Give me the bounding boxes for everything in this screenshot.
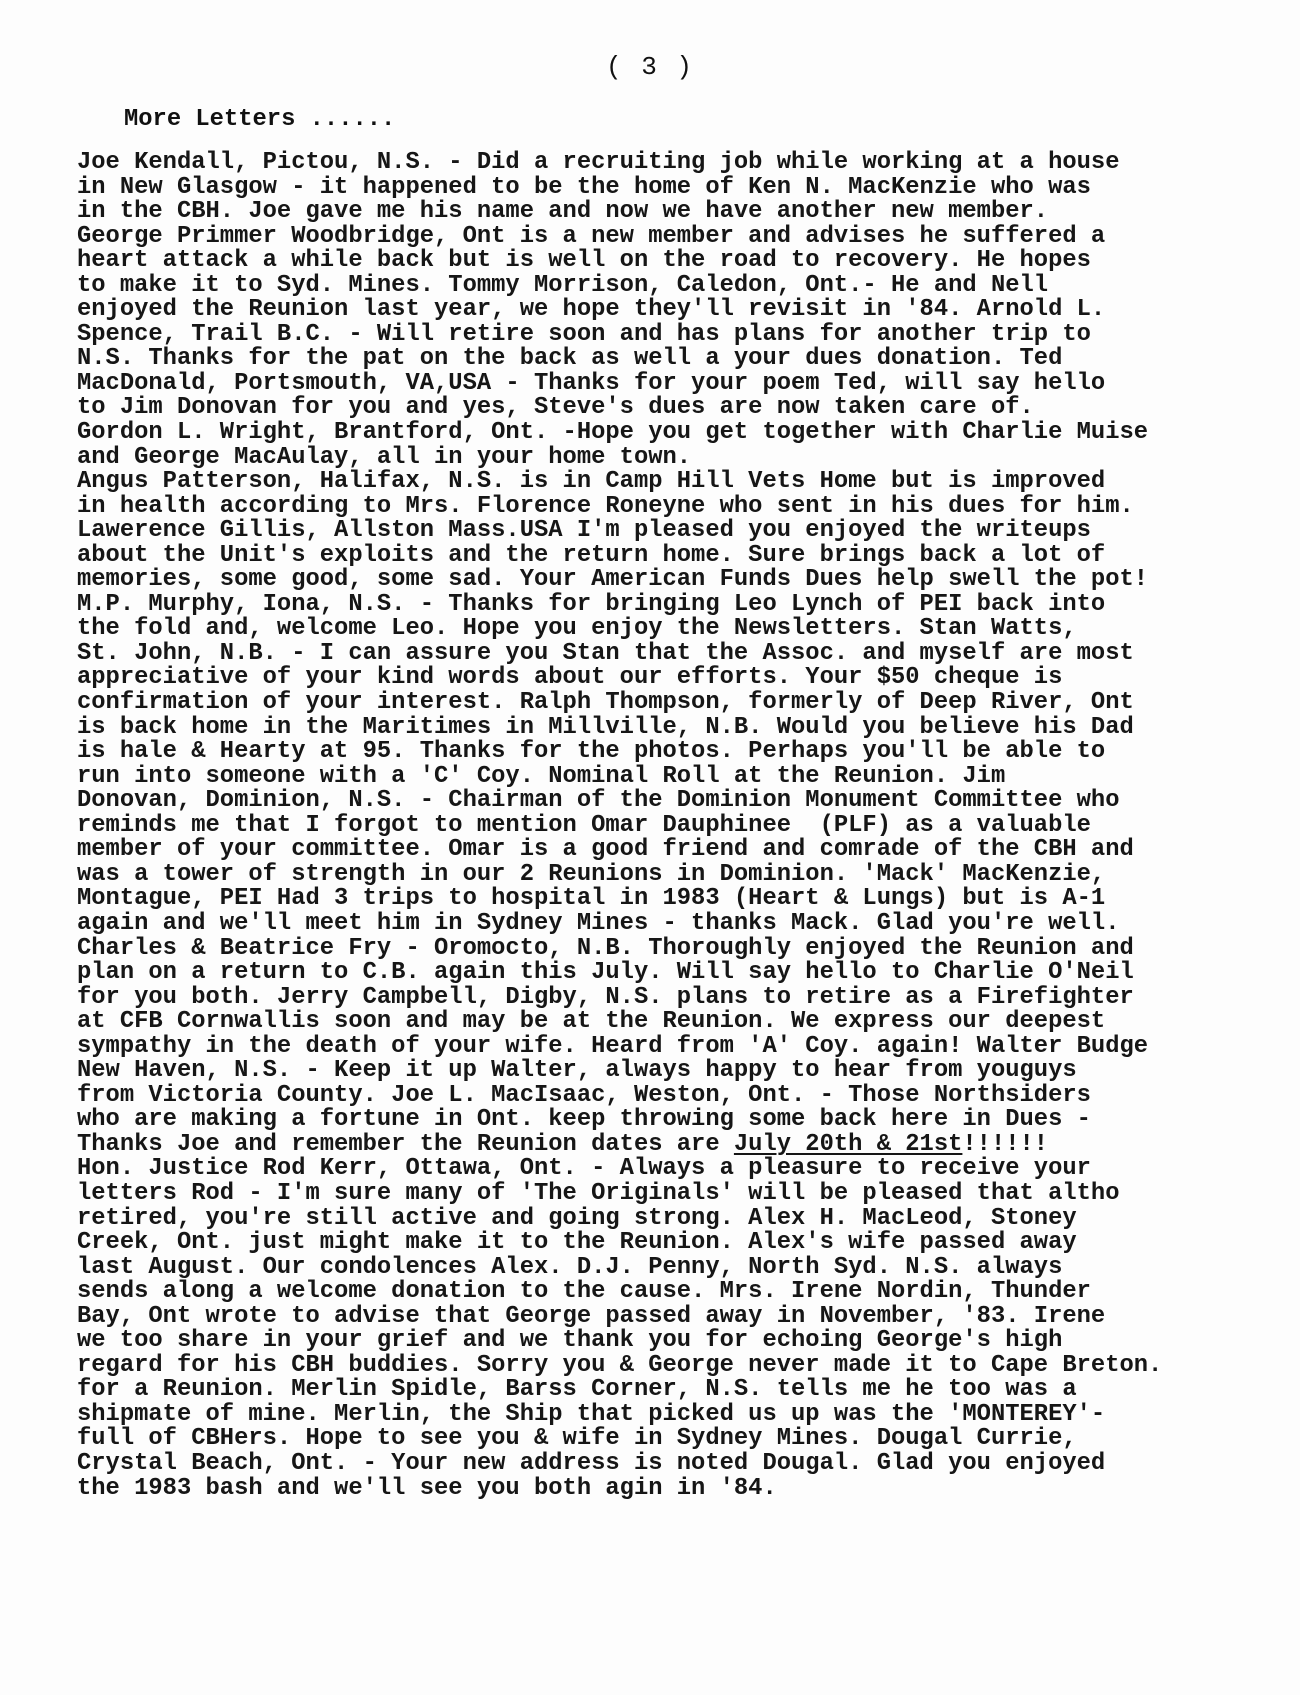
text-line: Montague, PEI Had 3 trips to hospital in… (77, 887, 1297, 912)
text-line: in health according to Mrs. Florence Ron… (77, 495, 1297, 520)
text-line: letters Rod - I'm sure many of 'The Orig… (77, 1182, 1297, 1207)
text-line: Joe Kendall, Pictou, N.S. - Did a recrui… (77, 151, 1297, 176)
text-line: appreciative of your kind words about ou… (77, 666, 1297, 691)
text-line: Thanks Joe and remember the Reunion date… (77, 1133, 1297, 1158)
text-line: reminds me that I forgot to mention Omar… (77, 814, 1297, 839)
text-line: regard for his CBH buddies. Sorry you & … (77, 1354, 1297, 1379)
text-line: full of CBHers. Hope to see you & wife i… (77, 1427, 1297, 1452)
text-line: we too share in your grief and we thank … (77, 1329, 1297, 1354)
text-line: heart attack a while back but is well on… (77, 249, 1297, 274)
text-line: plan on a return to C.B. again this July… (77, 961, 1297, 986)
text-line: Lawerence Gillis, Allston Mass.USA I'm p… (77, 519, 1297, 544)
text-line: run into someone with a 'C' Coy. Nominal… (77, 765, 1297, 790)
text-line: shipmate of mine. Merlin, the Ship that … (77, 1403, 1297, 1428)
text-line: Crystal Beach, Ont. - Your new address i… (77, 1452, 1297, 1477)
text-line: for you both. Jerry Campbell, Digby, N.S… (77, 986, 1297, 1011)
text-line: St. John, N.B. - I can assure you Stan t… (77, 642, 1297, 667)
text-line: the fold and, welcome Leo. Hope you enjo… (77, 617, 1297, 642)
text-line: and George MacAulay, all in your home to… (77, 446, 1297, 471)
letters-body: Joe Kendall, Pictou, N.S. - Did a recrui… (77, 151, 1297, 1501)
text-line: MacDonald, Portsmouth, VA,USA - Thanks f… (77, 372, 1297, 397)
document-page: ( 3 ) More Letters ...... Joe Kendall, P… (0, 0, 1300, 1695)
text-line: about the Unit's exploits and the return… (77, 544, 1297, 569)
text-line: sends along a welcome donation to the ca… (77, 1280, 1297, 1305)
text-line: to make it to Syd. Mines. Tommy Morrison… (77, 274, 1297, 299)
text-line: Spence, Trail B.C. - Will retire soon an… (77, 323, 1297, 348)
text-line: in New Glasgow - it happened to be the h… (77, 176, 1297, 201)
text-line: who are making a fortune in Ont. keep th… (77, 1108, 1297, 1133)
text-line: Charles & Beatrice Fry - Oromocto, N.B. … (77, 937, 1297, 962)
text-line: Creek, Ont. just might make it to the Re… (77, 1231, 1297, 1256)
text-line: M.P. Murphy, Iona, N.S. - Thanks for bri… (77, 593, 1297, 618)
text-line: again and we'll meet him in Sydney Mines… (77, 912, 1297, 937)
text-line: last August. Our condolences Alex. D.J. … (77, 1256, 1297, 1281)
text-line: is back home in the Maritimes in Millvil… (77, 716, 1297, 741)
text-line: to Jim Donovan for you and yes, Steve's … (77, 396, 1297, 421)
text-line: Angus Patterson, Halifax, N.S. is in Cam… (77, 470, 1297, 495)
reunion-dates-underlined: July 20th & 21st (734, 1131, 963, 1158)
text-line: was a tower of strength in our 2 Reunion… (77, 863, 1297, 888)
text-line: Donovan, Dominion, N.S. - Chairman of th… (77, 789, 1297, 814)
text-line: in the CBH. Joe gave me his name and now… (77, 200, 1297, 225)
text-line: from Victoria County. Joe L. MacIsaac, W… (77, 1084, 1297, 1109)
text-line: confirmation of your interest. Ralph Tho… (77, 691, 1297, 716)
text-line: is hale & Hearty at 95. Thanks for the p… (77, 740, 1297, 765)
text-segment: !!!!!! (962, 1131, 1048, 1158)
section-heading: More Letters ...... (124, 106, 395, 133)
text-line: retired, you're still active and going s… (77, 1207, 1297, 1232)
text-line: member of your committee. Omar is a good… (77, 838, 1297, 863)
text-line: New Haven, N.S. - Keep it up Walter, alw… (77, 1059, 1297, 1084)
text-line: N.S. Thanks for the pat on the back as w… (77, 347, 1297, 372)
page-number: ( 3 ) (0, 52, 1300, 82)
text-line: for a Reunion. Merlin Spidle, Barss Corn… (77, 1378, 1297, 1403)
text-line: enjoyed the Reunion last year, we hope t… (77, 298, 1297, 323)
text-line: Hon. Justice Rod Kerr, Ottawa, Ont. - Al… (77, 1157, 1297, 1182)
text-line: Bay, Ont wrote to advise that George pas… (77, 1305, 1297, 1330)
text-segment: Thanks Joe and remember the Reunion date… (77, 1131, 734, 1158)
text-line: the 1983 bash and we'll see you both agi… (77, 1477, 1297, 1502)
text-line: George Primmer Woodbridge, Ont is a new … (77, 225, 1297, 250)
text-line: sympathy in the death of your wife. Hear… (77, 1035, 1297, 1060)
text-line: at CFB Cornwallis soon and may be at the… (77, 1010, 1297, 1035)
text-line: memories, some good, some sad. Your Amer… (77, 568, 1297, 593)
text-line: Gordon L. Wright, Brantford, Ont. -Hope … (77, 421, 1297, 446)
